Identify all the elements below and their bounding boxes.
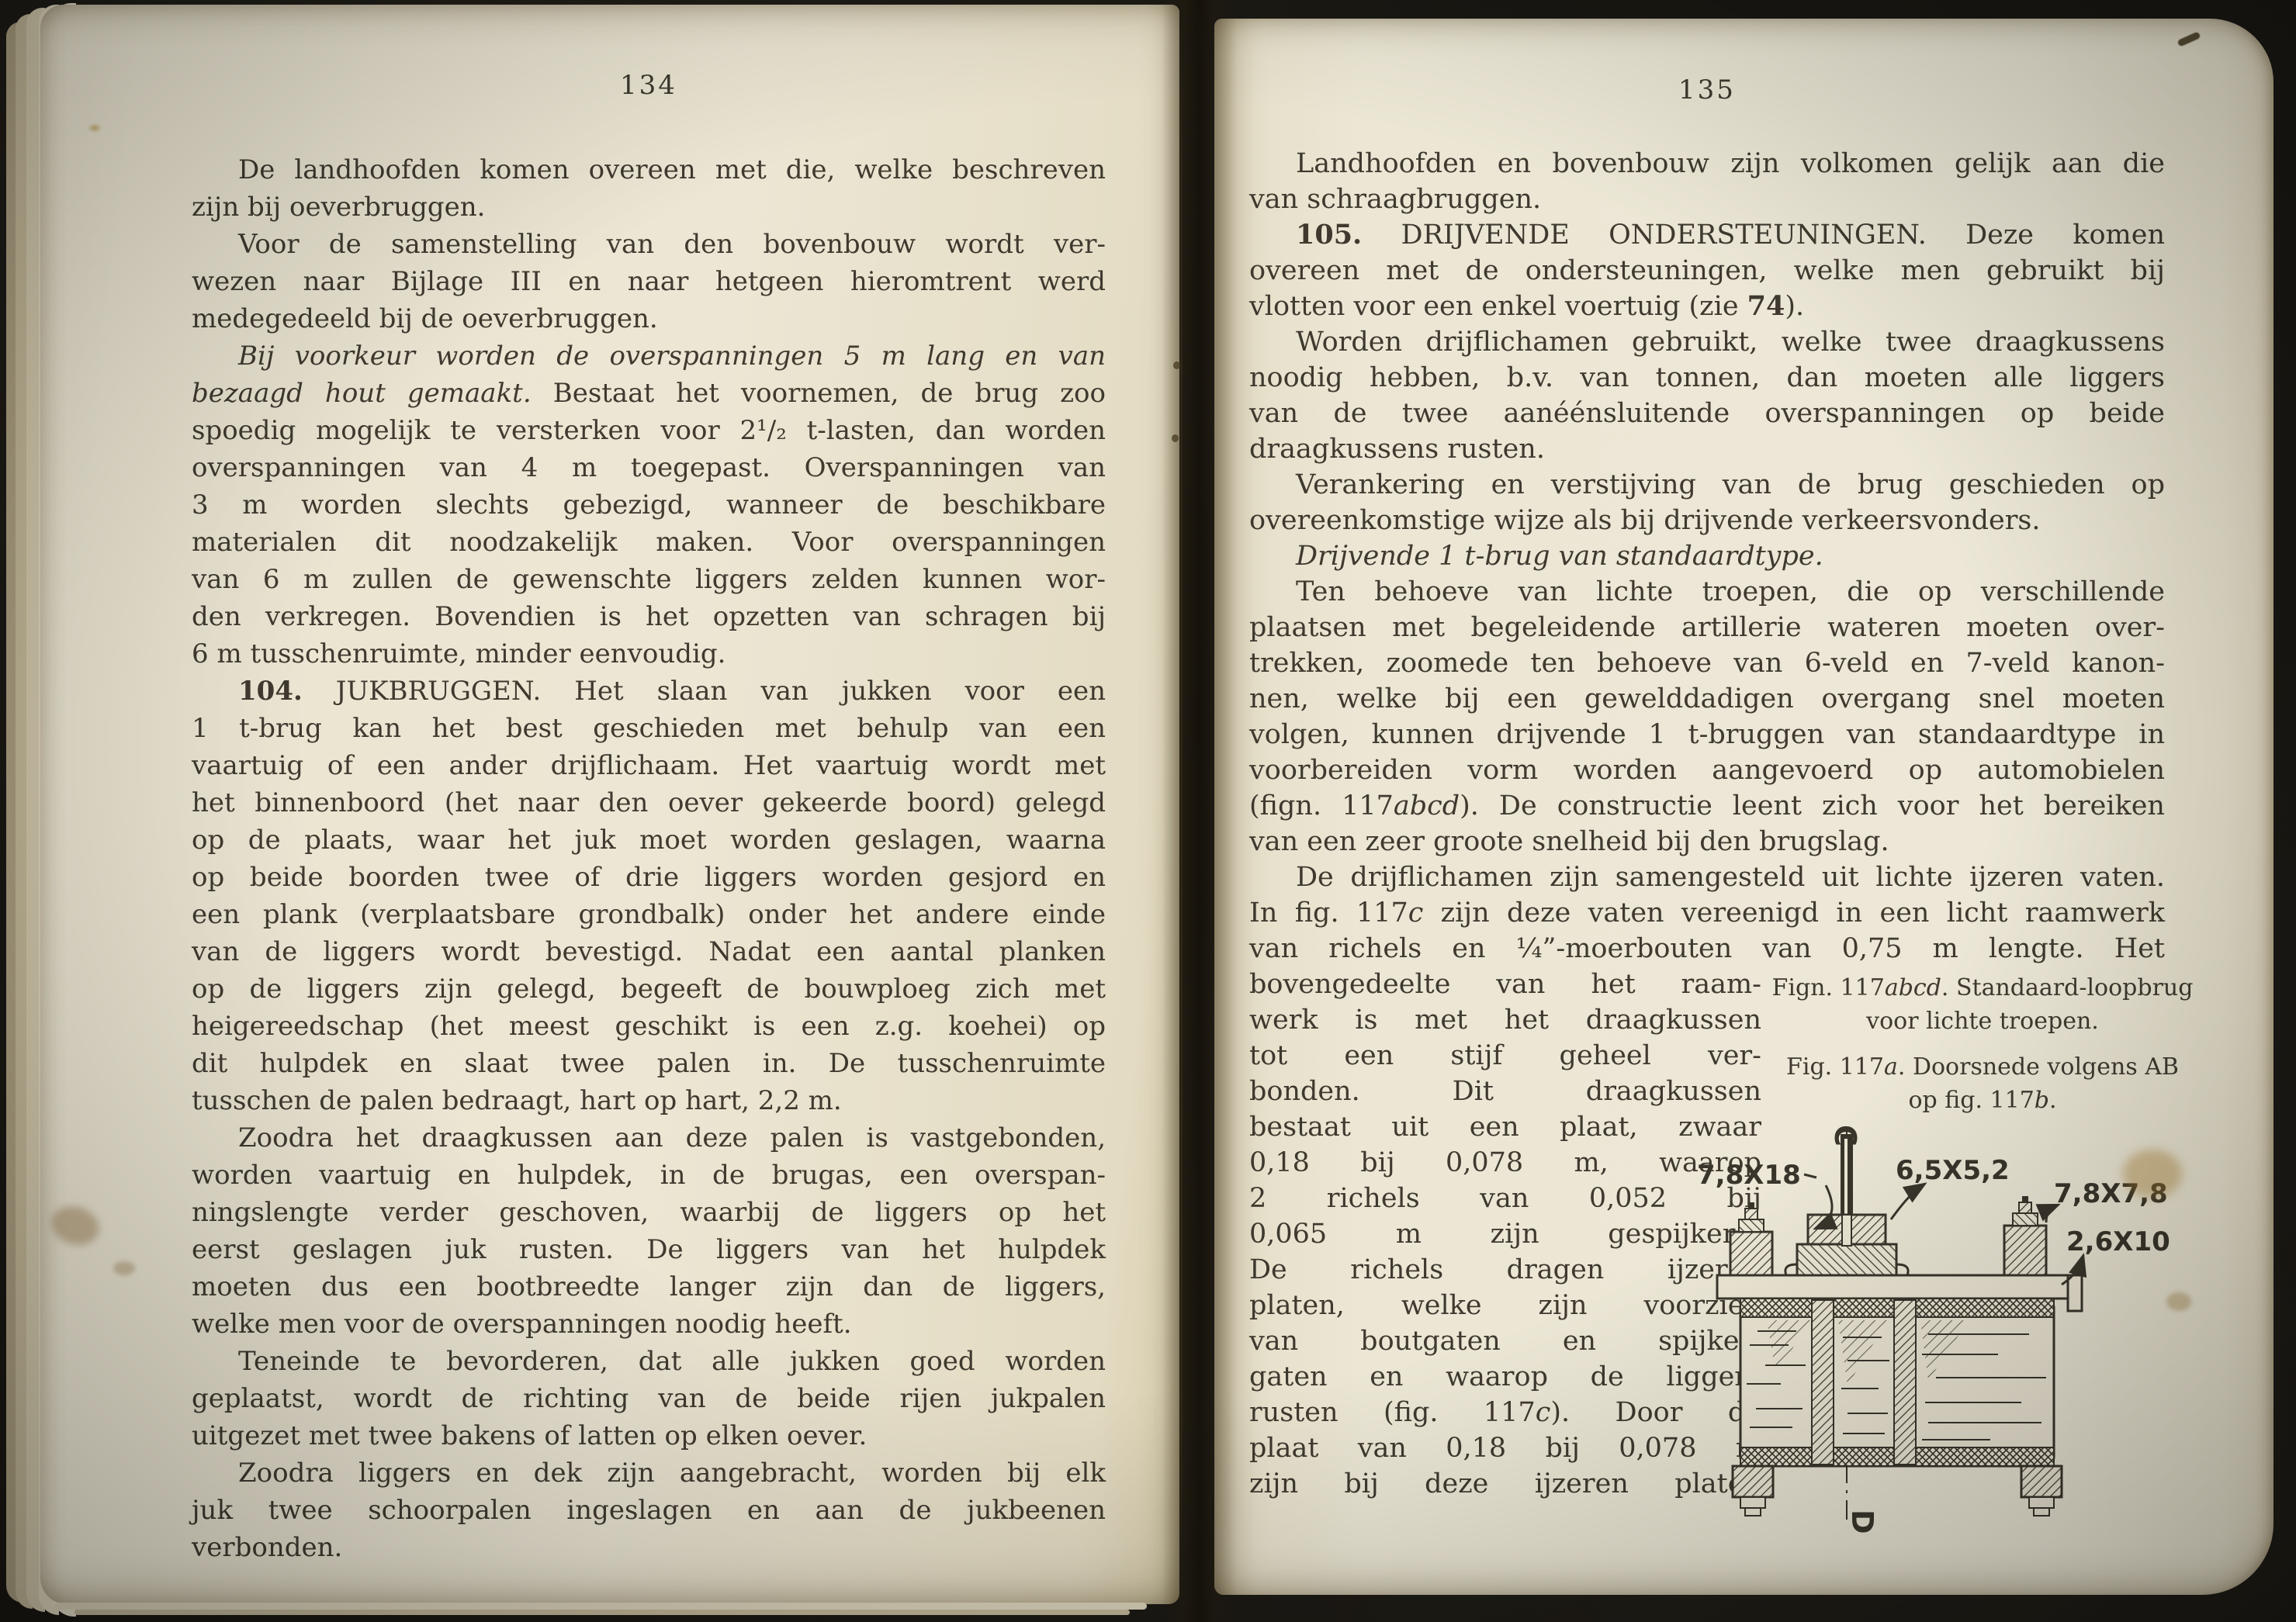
text-segment: vaartuig of een ander drijflichaam. Het … bbox=[192, 750, 1106, 781]
text-line: trekken, zoomede ten behoeve van 6-veld … bbox=[1249, 645, 2165, 681]
text-segment: draagkussens rusten. bbox=[1249, 434, 1545, 465]
text-line: vlotten voor een enkel voertuig (zie 74)… bbox=[1249, 289, 2165, 324]
text-segment: van boutgaten en spijker- bbox=[1249, 1326, 1761, 1357]
text-segment: 3 m worden slechts gebezigd, wanneer de … bbox=[192, 489, 1106, 520]
text-line: spoedig mogelijk te versterken voor 2¹/₂… bbox=[192, 412, 1106, 449]
text-segment: In fig. 117 bbox=[1249, 897, 1408, 929]
text-segment: dit hulpdek en slaat twee palen in. De t… bbox=[192, 1048, 1106, 1079]
text-segment: DRIJVENDE ONDERSTEUNINGEN. Deze komen bbox=[1362, 220, 2165, 251]
text-segment: moeten dus een bootbreedte langer zijn d… bbox=[192, 1271, 1106, 1302]
text-line: medegedeeld bij de oeverbruggen. bbox=[192, 300, 1106, 337]
text-segment: heigereedschap (het meest geschikt is ee… bbox=[192, 1011, 1106, 1042]
text-segment: 0,18 bij 0,078 m, waarop bbox=[1249, 1147, 1761, 1178]
binding-stitch bbox=[1173, 361, 1180, 369]
paragraph: Landhoofden en bovenbouw zijn volkomen g… bbox=[1249, 146, 2165, 217]
paragraph: Ten behoeve van lichte troepen, die op v… bbox=[1249, 574, 2165, 859]
text-line: 2 richels van 0,052 bij bbox=[1249, 1181, 1761, 1216]
text-segment: abcd bbox=[1885, 974, 1941, 1001]
paragraph: Zoodra liggers en dek zijn aangebracht, … bbox=[192, 1454, 1106, 1566]
text-line: plaatsen met begeleidende artillerie wat… bbox=[1249, 610, 2165, 645]
right-foot bbox=[2021, 1466, 2062, 1516]
text-line: van schraagbruggen. bbox=[1249, 182, 2165, 217]
text-line: eerst geslagen juk rusten. De liggers va… bbox=[192, 1231, 1106, 1268]
text-segment: Ten behoeve van lichte troepen, die op v… bbox=[1296, 576, 2165, 607]
text-line: 6 m tusschenruimte, minder eenvoudig. bbox=[192, 635, 1106, 673]
text-segment: Drijvende 1 t-brug van standaardtype. bbox=[1296, 541, 1823, 572]
text-segment: eerst geslagen juk rusten. De liggers va… bbox=[192, 1234, 1106, 1265]
figure-caption-main: Fign. 117abcd. Standaard-loopbrugvoor li… bbox=[1750, 971, 2215, 1038]
text-line: bovengedeelte van het raam- bbox=[1249, 967, 1761, 1002]
text-segment: noodig hebben, b.v. van tonnen, dan moet… bbox=[1249, 362, 2165, 393]
text-line: 1 t-brug kan het best geschieden met beh… bbox=[192, 710, 1106, 747]
text-segment: c bbox=[1408, 897, 1424, 929]
paragraph: Teneinde te bevorderen, dat alle jukken … bbox=[192, 1343, 1106, 1454]
text-line: heigereedschap (het meest geschikt is ee… bbox=[192, 1008, 1106, 1045]
text-segment: gaten en waarop de liggers bbox=[1249, 1361, 1761, 1392]
text-line: 104. JUKBRUGGEN. Het slaan van jukken vo… bbox=[192, 673, 1106, 710]
text-segment: bonden. Dit draagkussen bbox=[1249, 1076, 1761, 1107]
text-segment: Bij voorkeur worden de overspanningen 5 … bbox=[238, 341, 1106, 372]
text-segment: abcd bbox=[1394, 790, 1460, 821]
text-segment: zijn bij deze ijzeren platen bbox=[1249, 1468, 1761, 1499]
text-line: 105. DRIJVENDE ONDERSTEUNINGEN. Deze kom… bbox=[1249, 217, 2165, 253]
text-segment: geplaatst, wordt de richting van de beid… bbox=[192, 1383, 1106, 1414]
text-line: welke men voor de overspanningen noodig … bbox=[192, 1306, 1106, 1343]
text-segment: 74 bbox=[1747, 290, 1785, 322]
text-segment: 6 m tusschenruimte, minder eenvoudig. bbox=[192, 638, 726, 669]
text-line: overspanningen van 4 m toegepast. Oversp… bbox=[192, 449, 1106, 486]
dimension-label-beam: 7,8X18 bbox=[1697, 1160, 1801, 1191]
text-line: zijn bij deze ijzeren platen bbox=[1249, 1466, 1761, 1502]
text-segment: 1 t-brug kan het best geschieden met beh… bbox=[192, 713, 1106, 744]
text-segment: zijn deze vaten vereenigd in een licht r… bbox=[1423, 897, 2165, 929]
text-segment: Fig. 117 bbox=[1786, 1053, 1884, 1081]
barrel-body bbox=[1740, 1299, 2054, 1466]
text-line: overeenkomstige wijze als bij drijvende … bbox=[1249, 503, 2165, 538]
text-line: een plank (verplaatsbare grondbalk) onde… bbox=[192, 896, 1106, 933]
dimension-label-block: 6,5X5,2 bbox=[1896, 1155, 2010, 1186]
text-segment: werk is met het draagkussen bbox=[1249, 1005, 1761, 1036]
dimension-label-bolt: 7,8X7,8 bbox=[2054, 1178, 2168, 1209]
page-edge-bottom bbox=[54, 1603, 1147, 1610]
text-line: nen, welke bij een gewelddadigen overgan… bbox=[1249, 681, 2165, 717]
text-segment: bestaat uit een plaat, zwaar bbox=[1249, 1112, 1761, 1143]
text-segment: Voor de samenstelling van den bovenbouw … bbox=[238, 229, 1106, 260]
text-segment: Zoodra liggers en dek zijn aangebracht, … bbox=[238, 1458, 1106, 1489]
text-line: bezaagd hout gemaakt. Bestaat het voorne… bbox=[192, 375, 1106, 412]
text-segment: plaat van 0,18 bij 0,078 m bbox=[1249, 1433, 1761, 1464]
text-segment: op de liggers zijn gelegd, begeeft de bo… bbox=[192, 974, 1106, 1005]
gutter-shadow bbox=[1162, 0, 1237, 1622]
text-segment: a bbox=[1884, 1053, 1898, 1081]
text-segment: c bbox=[1536, 1397, 1551, 1428]
text-segment: (fign. 117 bbox=[1249, 790, 1394, 821]
text-line: draagkussens rusten. bbox=[1249, 431, 2165, 467]
text-line: Ten behoeve van lichte troepen, die op v… bbox=[1249, 574, 2165, 610]
text-line: 0,18 bij 0,078 m, waarop bbox=[1249, 1145, 1761, 1181]
left-foot bbox=[1733, 1466, 1773, 1516]
body-text-right-column: bovengedeelte van het raam-werk is met h… bbox=[1249, 967, 1761, 1502]
text-segment: Landhoofden en bovenbouw zijn volkomen g… bbox=[1296, 148, 2165, 179]
text-line: moeten dus een bootbreedte langer zijn d… bbox=[192, 1268, 1106, 1306]
text-segment: overspanningen van 4 m toegepast. Oversp… bbox=[192, 452, 1106, 483]
text-line: platen, welke zijn voorzien bbox=[1249, 1288, 1761, 1323]
book-spread-photo: 134 De landhoofden komen overeen met die… bbox=[0, 0, 2296, 1622]
caption-line: Fig. 117a. Doorsnede volgens AB bbox=[1750, 1050, 2215, 1084]
text-line: Bij voorkeur worden de overspanningen 5 … bbox=[192, 337, 1106, 375]
text-segment: spoedig mogelijk te versterken voor 2¹/₂… bbox=[192, 415, 1106, 446]
body-text-left: De landhoofden komen overeen met die, we… bbox=[192, 151, 1106, 1566]
text-line: den verkregen. Bovendien is het opzetten… bbox=[192, 598, 1106, 635]
text-segment: ). bbox=[1785, 291, 1804, 322]
text-segment: volgen, kunnen drijvende 1 t-bruggen van… bbox=[1249, 719, 2165, 750]
text-line: De landhoofden komen overeen met die, we… bbox=[192, 151, 1106, 188]
left-end-block bbox=[1730, 1202, 1772, 1275]
text-line: verbonden. bbox=[192, 1529, 1106, 1566]
text-line: tot een stijf geheel ver- bbox=[1249, 1038, 1761, 1074]
text-segment: rusten (fig. 117 bbox=[1249, 1397, 1536, 1428]
text-segment: van 6 m zullen de gewenschte liggers zel… bbox=[192, 564, 1106, 595]
caption-line: voor lichte troepen. bbox=[1750, 1005, 2215, 1038]
text-line: Landhoofden en bovenbouw zijn volkomen g… bbox=[1249, 146, 2165, 182]
text-segment: van een zeer groote snelheid bij den bru… bbox=[1249, 826, 1889, 857]
text-line: De richels dragen ijzeren bbox=[1249, 1252, 1761, 1288]
text-segment: medegedeeld bij de oeverbruggen. bbox=[192, 303, 658, 334]
text-segment: op de plaats, waar het juk moet worden g… bbox=[192, 825, 1106, 856]
paragraph: Voor de samenstelling van den bovenbouw … bbox=[192, 226, 1106, 337]
technical-figure-117a: C D 7,8X18 6,5X5,2 7,8X7,8 2,6X10 bbox=[1695, 1105, 2192, 1539]
text-segment: De richels dragen ijzeren bbox=[1249, 1254, 1761, 1285]
text-segment: van de liggers wordt bevestigd. Nadat ee… bbox=[192, 936, 1106, 967]
text-segment: overeen met de ondersteuningen, welke me… bbox=[1249, 255, 2165, 286]
text-line: Voor de samenstelling van den bovenbouw … bbox=[192, 226, 1106, 263]
text-segment: Bestaat het voornemen, de brug zoo bbox=[532, 378, 1106, 409]
dimension-label-ledger: 2,6X10 bbox=[2066, 1226, 2170, 1257]
text-segment: materialen dit noodzakelijk maken. Voor … bbox=[192, 527, 1106, 558]
bearing-block bbox=[1785, 1215, 1908, 1281]
text-segment: tot een stijf geheel ver- bbox=[1249, 1040, 1761, 1071]
paragraph: 105. DRIJVENDE ONDERSTEUNINGEN. Deze kom… bbox=[1249, 217, 2165, 324]
text-line: tusschen de palen bedraagt, hart op hart… bbox=[192, 1082, 1106, 1119]
page-edge-bottom bbox=[74, 1610, 1130, 1615]
text-segment: De landhoofden komen overeen met die, we… bbox=[238, 154, 1106, 185]
text-line: plaat van 0,18 bij 0,078 m bbox=[1249, 1430, 1761, 1466]
text-line: rusten (fig. 117c). Door de bbox=[1249, 1395, 1761, 1430]
paragraph: De drijflichamen zijn samengesteld uit l… bbox=[1249, 859, 2165, 967]
text-line: bestaat uit een plaat, zwaar bbox=[1249, 1109, 1761, 1145]
paragraph: Worden drijflichamen gebruikt, welke twe… bbox=[1249, 324, 2165, 467]
text-line: De drijflichamen zijn samengesteld uit l… bbox=[1249, 859, 2165, 895]
text-line: van een zeer groote snelheid bij den bru… bbox=[1249, 824, 2165, 859]
text-line: op de plaats, waar het juk moet worden g… bbox=[192, 821, 1106, 859]
text-line: werk is met het draagkussen bbox=[1249, 1002, 1761, 1038]
page-number-right: 135 bbox=[1249, 74, 2165, 105]
text-line: van 6 m zullen de gewenschte liggers zel… bbox=[192, 561, 1106, 598]
text-segment: Zoodra het draagkussen aan deze palen is… bbox=[238, 1122, 1106, 1153]
text-segment: voor lichte troepen. bbox=[1866, 1008, 2099, 1035]
text-line: noodig hebben, b.v. van tonnen, dan moet… bbox=[1249, 360, 2165, 396]
text-line: volgen, kunnen drijvende 1 t-bruggen van… bbox=[1249, 717, 2165, 752]
text-segment: bezaagd hout gemaakt. bbox=[192, 378, 532, 409]
text-line: zijn bij oeverbruggen. bbox=[192, 188, 1106, 226]
text-line: op de liggers zijn gelegd, begeeft de bo… bbox=[192, 970, 1106, 1008]
text-line: bonden. Dit draagkussen bbox=[1249, 1074, 1761, 1109]
text-segment: het binnenboord (het naar den oever geke… bbox=[192, 787, 1106, 818]
text-line: overeen met de ondersteuningen, welke me… bbox=[1249, 253, 2165, 289]
text-line: van richels en ¼”-moerbouten van 0,75 m … bbox=[1249, 931, 2165, 967]
text-line: (fign. 117abcd). De constructie leent zi… bbox=[1249, 788, 2165, 824]
text-line: materialen dit noodzakelijk maken. Voor … bbox=[192, 524, 1106, 561]
text-segment: trekken, zoomede ten behoeve van 6-veld … bbox=[1249, 648, 2165, 679]
text-segment: op beide boorden twee of drie liggers wo… bbox=[192, 862, 1106, 893]
text-segment: wezen naar Bijlage III en naar hetgeen h… bbox=[192, 266, 1106, 297]
text-line: In fig. 117c zijn deze vaten vereenigd i… bbox=[1249, 895, 2165, 931]
text-line: op beide boorden twee of drie liggers wo… bbox=[192, 859, 1106, 896]
text-line: 0,065 m zijn gespijkerd. bbox=[1249, 1216, 1761, 1252]
text-line: Teneinde te bevorderen, dat alle jukken … bbox=[192, 1343, 1106, 1380]
text-segment: bovengedeelte van het raam- bbox=[1249, 969, 1761, 1000]
text-segment: De drijflichamen zijn samengesteld uit l… bbox=[1296, 862, 2165, 893]
text-segment: overeenkomstige wijze als bij drijvende … bbox=[1249, 505, 2041, 536]
text-segment: 105. bbox=[1296, 219, 1362, 251]
text-line: Zoodra liggers en dek zijn aangebracht, … bbox=[192, 1454, 1106, 1492]
text-segment: tusschen de palen bedraagt, hart op hart… bbox=[192, 1085, 842, 1116]
text-line: wezen naar Bijlage III en naar hetgeen h… bbox=[192, 263, 1106, 300]
text-segment: Fign. 117 bbox=[1772, 974, 1885, 1001]
text-line: van de twee aanéénsluitende overspanning… bbox=[1249, 396, 2165, 431]
text-line: juk twee schoorpalen ingeslagen en aan d… bbox=[192, 1492, 1106, 1529]
text-segment: . Doorsnede volgens AB bbox=[1898, 1053, 2179, 1081]
text-line: 3 m worden slechts gebezigd, wanneer de … bbox=[192, 486, 1106, 524]
text-segment: 2 richels van 0,052 bij bbox=[1249, 1183, 1761, 1214]
page-number-left: 134 bbox=[192, 70, 1106, 101]
text-segment: plaatsen met begeleidende artillerie wat… bbox=[1249, 612, 2165, 643]
text-segment: juk twee schoorpalen ingeslagen en aan d… bbox=[192, 1495, 1106, 1526]
text-line: Zoodra het draagkussen aan deze palen is… bbox=[192, 1119, 1106, 1157]
binding-stitch bbox=[1172, 434, 1179, 442]
page-135: 135 Landhoofden en bovenbouw zijn volkom… bbox=[1214, 19, 2273, 1595]
paragraph: bovengedeelte van het raam-werk is met h… bbox=[1249, 967, 1761, 1502]
section-letter-d: D bbox=[1845, 1510, 1879, 1534]
paragraph: 104. JUKBRUGGEN. Het slaan van jukken vo… bbox=[192, 673, 1106, 1119]
text-segment: Teneinde te bevorderen, dat alle jukken … bbox=[238, 1346, 1106, 1377]
text-line: uitgezet met twee bakens of latten op el… bbox=[192, 1417, 1106, 1454]
text-segment: een plank (verplaatsbare grondbalk) onde… bbox=[192, 899, 1106, 930]
text-segment: 104. bbox=[238, 676, 303, 707]
text-segment: zijn bij oeverbruggen. bbox=[192, 192, 485, 223]
text-segment: worden vaartuig en hulpdek, in de brugas… bbox=[192, 1160, 1106, 1191]
text-line: worden vaartuig en hulpdek, in de brugas… bbox=[192, 1157, 1106, 1194]
text-segment: van richels en ¼”-moerbouten van 0,75 m … bbox=[1249, 933, 2165, 964]
caption-line: Fign. 117abcd. Standaard-loopbrug bbox=[1750, 971, 2215, 1005]
text-segment: verbonden. bbox=[192, 1532, 342, 1563]
body-text-right: Landhoofden en bovenbouw zijn volkomen g… bbox=[1249, 146, 2165, 967]
text-segment: uitgezet met twee bakens of latten op el… bbox=[192, 1420, 867, 1451]
text-line: ningslengte verder geschoven, waarbij de… bbox=[192, 1194, 1106, 1231]
text-segment: 0,065 m zijn gespijkerd. bbox=[1249, 1219, 1761, 1250]
text-segment: den verkregen. Bovendien is het opzetten… bbox=[192, 601, 1106, 632]
paragraph: De landhoofden komen overeen met die, we… bbox=[192, 151, 1106, 226]
text-segment: voorbereiden vorm worden aangevoerd op a… bbox=[1249, 755, 2165, 786]
paragraph: Drijvende 1 t-brug van standaardtype. bbox=[1249, 538, 2165, 574]
text-segment: ningslengte verder geschoven, waarbij de… bbox=[192, 1197, 1106, 1228]
paragraph: Zoodra het draagkussen aan deze palen is… bbox=[192, 1119, 1106, 1343]
paragraph: Verankering en verstijving van de brug g… bbox=[1249, 467, 2165, 538]
text-line: Drijvende 1 t-brug van standaardtype. bbox=[1249, 538, 2165, 574]
text-segment: welke men voor de overspanningen noodig … bbox=[192, 1309, 852, 1340]
text-line: dit hulpdek en slaat twee palen in. De t… bbox=[192, 1045, 1106, 1082]
gutter-crease bbox=[1180, 8, 1183, 1606]
text-line: van boutgaten en spijker- bbox=[1249, 1323, 1761, 1359]
text-segment: ). De constructie leent zich voor het be… bbox=[1460, 790, 2165, 821]
section-letter-c: C bbox=[1828, 1125, 1862, 1146]
right-end-block bbox=[2004, 1196, 2046, 1275]
text-segment: nen, welke bij een gewelddadigen overgan… bbox=[1249, 683, 2165, 714]
text-line: het binnenboord (het naar den oever geke… bbox=[192, 784, 1106, 821]
text-segment: platen, welke zijn voorzien bbox=[1249, 1290, 1761, 1321]
text-line: voorbereiden vorm worden aangevoerd op a… bbox=[1249, 752, 2165, 788]
text-segment: vlotten voor een enkel voertuig (zie bbox=[1249, 291, 1747, 322]
paragraph: Bij voorkeur worden de overspanningen 5 … bbox=[192, 337, 1106, 673]
text-segment: van schraagbruggen. bbox=[1249, 184, 1541, 215]
text-segment: Verankering en verstijving van de brug g… bbox=[1296, 469, 2165, 500]
page-134: 134 De landhoofden komen overeen met die… bbox=[40, 5, 1179, 1604]
text-segment: van de twee aanéénsluitende overspanning… bbox=[1249, 398, 2165, 429]
text-line: geplaatst, wordt de richting van de beid… bbox=[192, 1380, 1106, 1417]
text-line: Worden drijflichamen gebruikt, welke twe… bbox=[1249, 324, 2165, 360]
text-segment: Worden drijflichamen gebruikt, welke twe… bbox=[1296, 327, 2165, 358]
text-line: Verankering en verstijving van de brug g… bbox=[1249, 467, 2165, 503]
text-line: van de liggers wordt bevestigd. Nadat ee… bbox=[192, 933, 1106, 970]
text-segment: . Standaard-loopbrug bbox=[1941, 974, 2194, 1001]
text-line: gaten en waarop de liggers bbox=[1249, 1359, 1761, 1395]
text-segment: JUKBRUGGEN. Het slaan van jukken voor ee… bbox=[303, 676, 1106, 707]
text-line: vaartuig of een ander drijflichaam. Het … bbox=[192, 747, 1106, 784]
